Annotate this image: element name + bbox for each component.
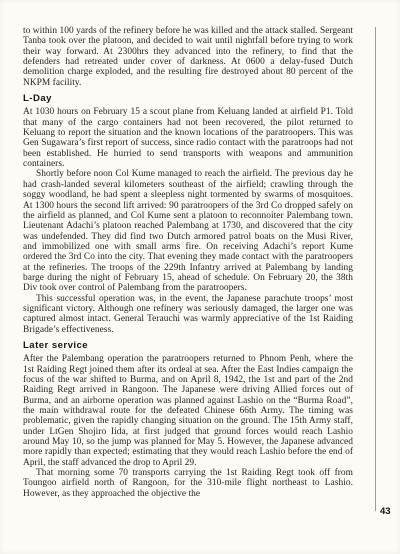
page-number: 43 <box>380 506 391 517</box>
paragraph: That morning some 70 transports carrying… <box>23 468 353 499</box>
paragraph: At 1030 hours on February 15 a scout pla… <box>23 107 353 169</box>
paragraph: This successful operation was, in the ev… <box>23 294 353 335</box>
section-heading-l-day: L-Day <box>23 94 353 104</box>
margin-rule <box>375 27 376 511</box>
paragraph: Shortly before noon Col Kume managed to … <box>23 169 353 293</box>
section-heading-later-service: Later service <box>23 341 353 351</box>
intro-paragraph: to within 100 yards of the refinery befo… <box>23 26 353 88</box>
body-text-column: to within 100 yards of the refinery befo… <box>23 26 353 499</box>
book-page: to within 100 yards of the refinery befo… <box>0 0 400 554</box>
paragraph: After the Palembang operation the paratr… <box>23 354 353 468</box>
